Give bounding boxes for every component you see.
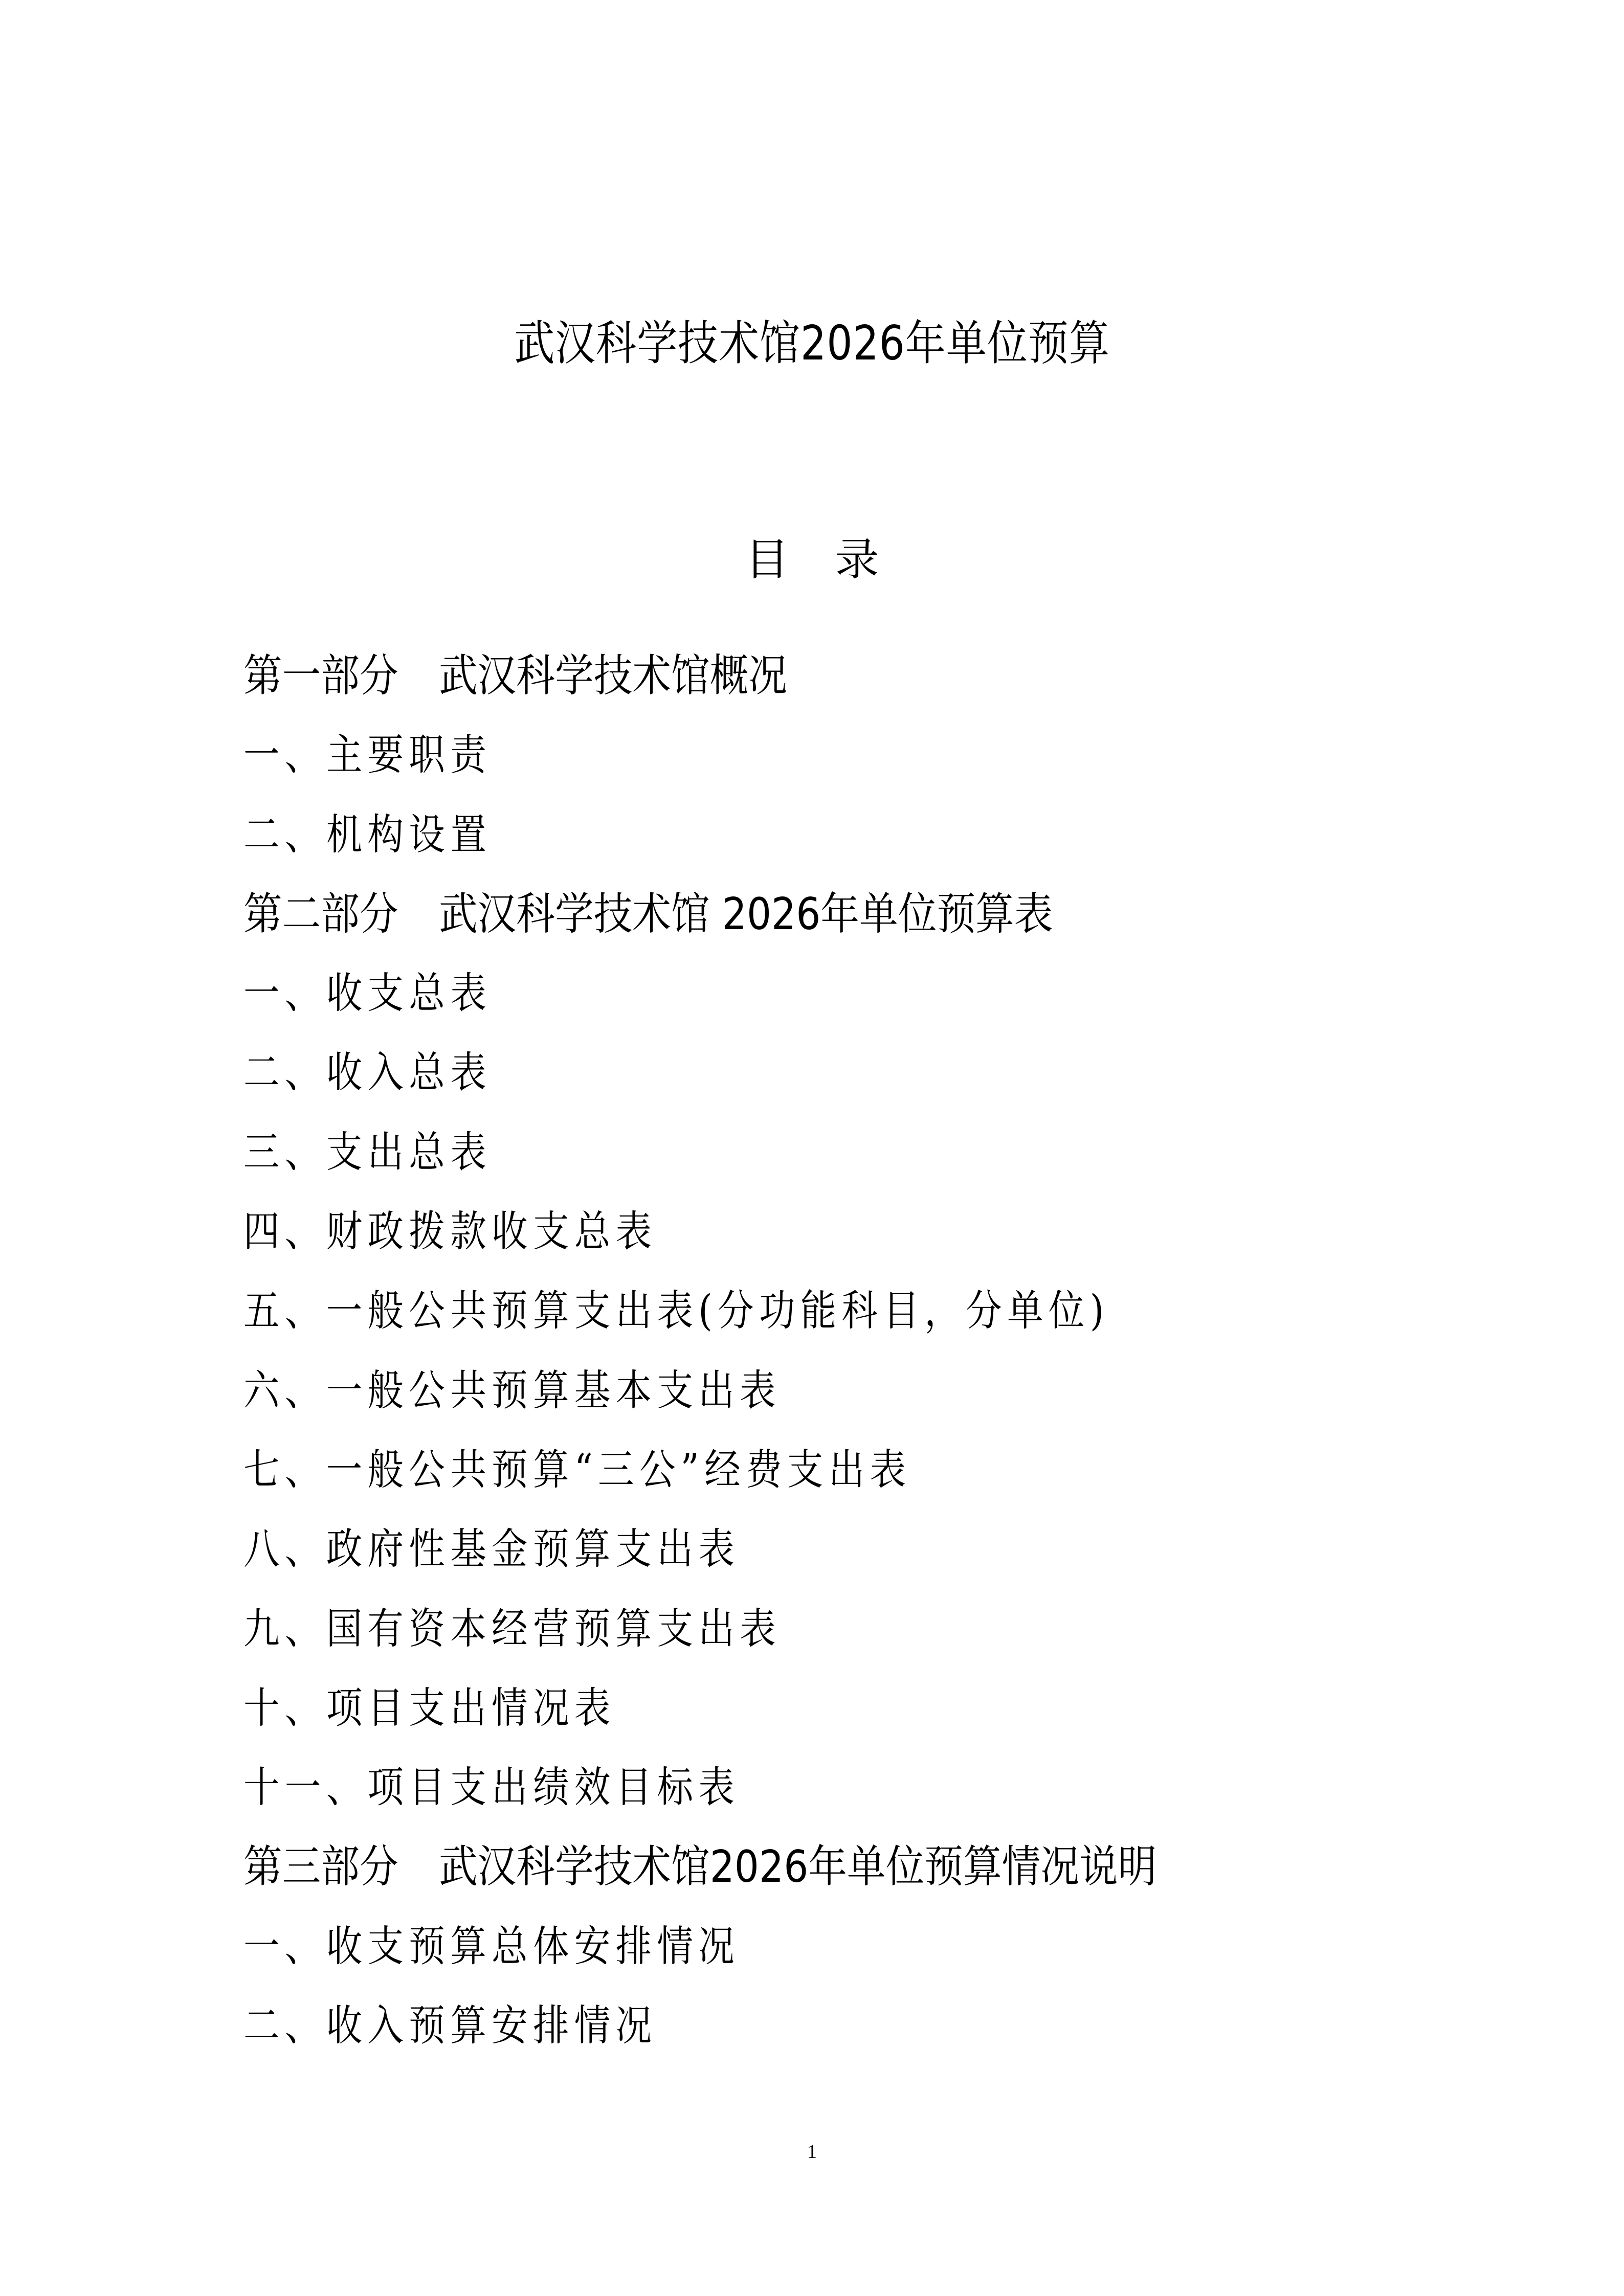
part-label: 第三部分 (243, 1841, 398, 1893)
toc-heading-right: 录 (835, 534, 879, 586)
toc-item[interactable]: 八、政府性基金预算支出表 (243, 1519, 1299, 1598)
part-label: 第二部分 (243, 889, 398, 940)
toc-item[interactable]: 一、主要职责 (243, 725, 1299, 804)
toc-item[interactable]: 六、一般公共预算基本支出表 (243, 1360, 1299, 1439)
toc-item[interactable]: 十一、项目支出绩效目标表 (243, 1757, 1299, 1836)
toc-item[interactable]: 一、收支总表 (243, 963, 1299, 1042)
part-title: 武汉科学技术馆概况 (439, 650, 787, 702)
part-title: 武汉科学技术馆 2026年单位预算表 (439, 889, 1053, 940)
table-of-contents: 第一部分武汉科学技术馆概况 一、主要职责 二、机构设置 第二部分武汉科学技术馆 … (243, 645, 1471, 2075)
toc-item[interactable]: 二、机构设置 (243, 804, 1299, 884)
toc-part-1[interactable]: 第一部分武汉科学技术馆概况 (243, 645, 1324, 725)
toc-item[interactable]: 十、项目支出情况表 (243, 1678, 1299, 1757)
document-page: 武汉科学技术馆2026年单位预算 目录 第一部分武汉科学技术馆概况 一、主要职责… (0, 0, 1624, 2296)
toc-item[interactable]: 三、支出总表 (243, 1122, 1299, 1201)
document-title: 武汉科学技术馆2026年单位预算 (114, 313, 1510, 374)
toc-heading-left: 目 (745, 534, 789, 586)
toc-item[interactable]: 五、一般公共预算支出表(分功能科目，分单位) (243, 1280, 1299, 1360)
toc-item[interactable]: 二、收入预算安排情况 (243, 1995, 1299, 2075)
toc-item[interactable]: 一、收支预算总体安排情况 (243, 1916, 1299, 1995)
page-number: 1 (0, 2136, 1624, 2167)
toc-item[interactable]: 七、一般公共预算“三公”经费支出表 (243, 1439, 1299, 1519)
toc-heading: 目录 (0, 532, 1624, 588)
toc-item[interactable]: 二、收入总表 (243, 1042, 1299, 1121)
toc-item[interactable]: 四、财政拨款收支总表 (243, 1201, 1299, 1280)
part-label: 第一部分 (243, 650, 398, 702)
toc-item[interactable]: 九、国有资本经营预算支出表 (243, 1599, 1299, 1678)
toc-part-3[interactable]: 第三部分武汉科学技术馆2026年单位预算情况说明 (243, 1836, 1324, 1916)
part-title: 武汉科学技术馆2026年单位预算情况说明 (439, 1841, 1156, 1893)
toc-part-2[interactable]: 第二部分武汉科学技术馆 2026年单位预算表 (243, 884, 1324, 963)
